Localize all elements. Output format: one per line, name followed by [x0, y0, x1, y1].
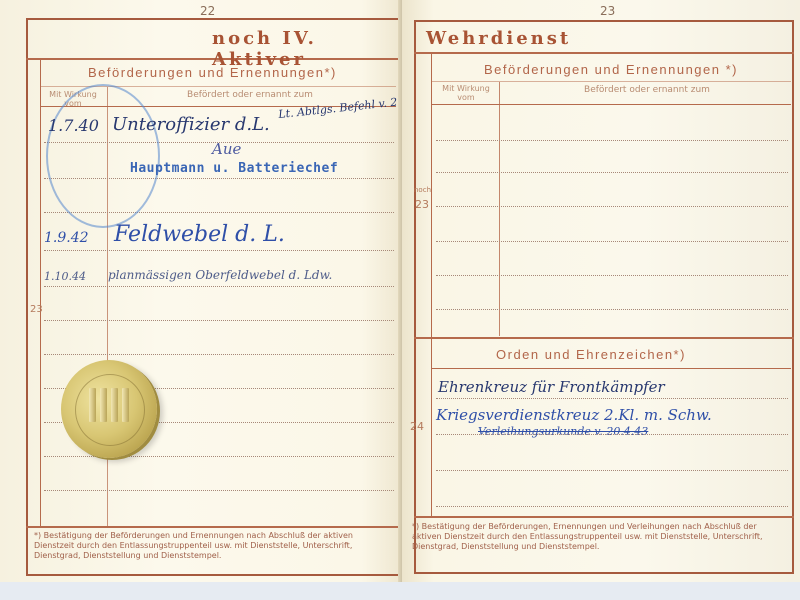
left-section-title: Beförderungen und Ernennungen*): [88, 65, 337, 80]
left-footnote-divider: [26, 526, 402, 528]
left-row-line: [44, 354, 394, 355]
awards-row-line: [436, 506, 788, 507]
award-2: Kriegsverdienstkreuz 2.Kl. m. Schw.: [436, 406, 712, 424]
right-section-divider: [431, 81, 791, 82]
awards-section-title: Orden und Ehrenzeichen*): [496, 347, 686, 362]
right-col-separator: [499, 82, 500, 336]
right-row-line: [436, 275, 788, 276]
left-row-line: [44, 286, 394, 287]
right-col-header-divider: [431, 104, 791, 105]
stamp-signature: Aue: [212, 140, 241, 158]
award-1: Ehrenkreuz für Frontkämpfer: [438, 378, 665, 396]
entry-1-rank: Unteroffizier d.L.: [112, 114, 270, 135]
awards-row-marker: 24: [410, 420, 424, 433]
left-row-line: [44, 490, 394, 491]
left-col-header-rank: Befördert oder ernannt zum: [110, 91, 390, 100]
right-page: 23 Wehrdienst Beförderungen und Ernennun…: [402, 0, 800, 582]
official-stamp-circle: [46, 84, 160, 228]
right-row-line: [436, 172, 788, 173]
right-col-header-rank: Befördert oder ernannt zum: [512, 86, 782, 95]
stamp-rank-text: Hauptmann u. Batteriechef: [130, 161, 338, 176]
left-page: 22 noch IV. Aktiver Beförderungen und Er…: [0, 0, 402, 582]
right-footnote: *) Bestätigung der Beförderungen, Ernenn…: [412, 522, 788, 552]
right-header-divider: [414, 52, 794, 54]
page-number-left: 22: [200, 4, 215, 18]
right-row-line: [436, 241, 788, 242]
right-row-line: [436, 309, 788, 310]
right-row-line: [436, 140, 788, 141]
left-header-title: noch IV. Aktiver: [212, 28, 402, 70]
entry-2-date: 1.9.42: [44, 230, 89, 246]
left-row-marker: 23: [30, 304, 43, 315]
right-row-marker: 23: [415, 198, 429, 211]
right-row-line: [436, 206, 788, 207]
right-section-title: Beförderungen und Ernennungen *): [484, 62, 738, 77]
entry-3-rank: planmässigen Oberfeldwebel d. Ldw.: [108, 268, 332, 282]
award-2-certificate: Verleihungsurkunde v. 20.4.43: [478, 425, 648, 438]
awards-title-divider: [431, 368, 791, 369]
awards-row-line: [436, 470, 788, 471]
brandenburg-gate-icon: [85, 388, 133, 422]
coin-object: [61, 360, 157, 458]
awards-top-divider: [414, 337, 794, 339]
entry-1-date: 1.7.40: [48, 116, 99, 135]
entry-2-rank: Feldwebel d. L.: [114, 222, 285, 247]
left-footnote: *) Bestätigung der Beförderungen und Ern…: [34, 531, 394, 561]
awards-row-line: [436, 398, 788, 399]
right-inner-edge: [431, 54, 432, 516]
right-header-title: Wehrdienst: [426, 28, 571, 49]
awards-row-line: [436, 434, 788, 435]
right-footnote-divider: [414, 516, 794, 518]
entry-3-date: 1.10.44: [44, 270, 86, 283]
right-row-marker-label: noch: [414, 186, 431, 194]
left-row-line: [44, 320, 394, 321]
left-row-line: [44, 250, 394, 251]
page-number-right: 23: [600, 4, 615, 18]
right-col-header-date: Mit Wirkung vom: [434, 84, 498, 102]
left-inner-edge: [40, 60, 41, 526]
